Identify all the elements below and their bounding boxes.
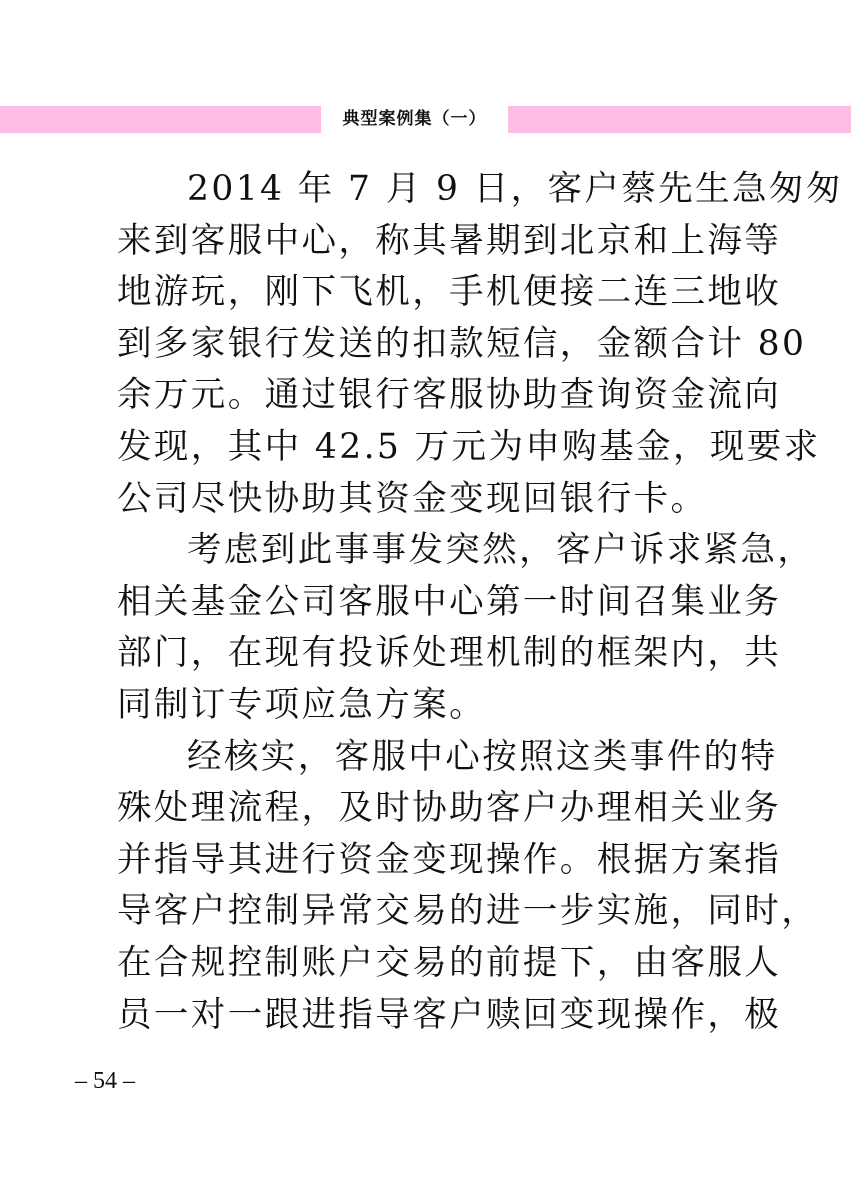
text-line: 经核实，客服中心按照这类事件的特 [117,732,717,784]
text-line: 部门，在现有投诉处理机制的框架内，共 [117,628,717,680]
text-line: 并指导其进行资金变现操作。根据方案指 [117,835,717,887]
text-line: 到多家银行发送的扣款短信，金额合计 80 [117,319,717,371]
text-line: 发现，其中 42.5 万元为申购基金，现要求 [117,422,717,474]
paragraph-1: 2014 年 7 月 9 日，客户蔡先生急匆匆 来到客服中心，称其暑期到北京和上… [117,164,717,525]
text-line: 2014 年 7 月 9 日，客户蔡先生急匆匆 [117,164,717,216]
text-line: 相关基金公司客服中心第一时间召集业务 [117,577,717,629]
text-line: 同制订专项应急方案。 [117,680,717,732]
paragraph-2: 考虑到此事事发突然，客户诉求紧急， 相关基金公司客服中心第一时间召集业务 部门，… [117,525,717,731]
text-line: 余万元。通过银行客服协助查询资金流向 [117,370,717,422]
text-line: 公司尽快协助其资金变现回银行卡。 [117,474,717,526]
text-line: 地游玩，刚下飞机，手机便接二连三地收 [117,267,717,319]
running-header: 典型案例集（一） [0,106,851,133]
paragraph-3: 经核实，客服中心按照这类事件的特 殊处理流程，及时协助客户办理相关业务 并指导其… [117,732,717,1042]
text-line: 导客户控制异常交易的进一步实施，同时， [117,886,717,938]
text-line: 来到客服中心，称其暑期到北京和上海等 [117,216,717,268]
text-line: 在合规控制账户交易的前提下，由客服人 [117,938,717,990]
text-line: 殊处理流程，及时协助客户办理相关业务 [117,783,717,835]
running-title: 典型案例集（一） [321,106,508,133]
page-number: – 54 – [75,1068,135,1095]
body-text: 2014 年 7 月 9 日，客户蔡先生急匆匆 来到客服中心，称其暑期到北京和上… [117,164,717,1041]
text-line: 考虑到此事事发突然，客户诉求紧急， [117,525,717,577]
text-line: 员一对一跟进指导客户赎回变现操作，极 [117,990,717,1042]
header-band-right [508,106,851,133]
header-band-left [0,106,321,133]
